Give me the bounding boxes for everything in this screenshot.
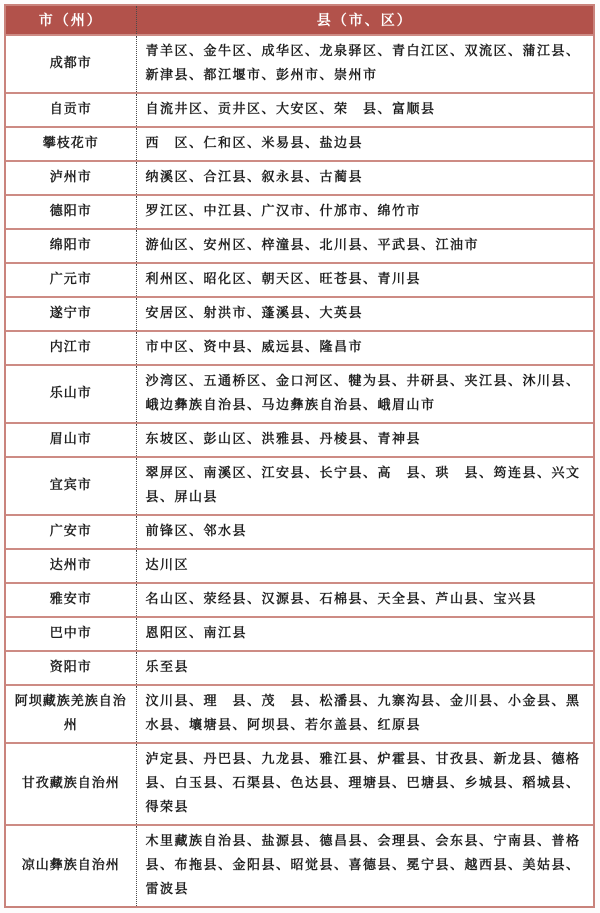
county-cell: 安居区、射洪市、蓬溪县、大英县 (136, 297, 593, 331)
table-row: 自贡市 自流井区、贡井区、大安区、荣 县、富顺县 (6, 93, 593, 127)
county-cell: 利州区、昭化区、朝天区、旺苍县、青川县 (136, 263, 593, 297)
table-row: 甘孜藏族自治州 泸定县、丹巴县、九龙县、雅江县、炉霍县、甘孜县、新龙县、德格县、… (6, 743, 593, 825)
county-cell: 纳溪区、合江县、叙永县、古蔺县 (136, 161, 593, 195)
city-cell: 眉山市 (6, 423, 136, 457)
county-cell: 达川区 (136, 549, 593, 583)
county-cell: 东坡区、彭山区、洪雅县、丹棱县、青神县 (136, 423, 593, 457)
table-row: 达州市 达川区 (6, 549, 593, 583)
table-row: 绵阳市 游仙区、安州区、梓潼县、北川县、平武县、江油市 (6, 229, 593, 263)
table-row: 阿坝藏族羌族自治州 汶川县、理 县、茂 县、松潘县、九寨沟县、金川县、小金县、黑… (6, 685, 593, 743)
city-cell: 资阳市 (6, 651, 136, 685)
table-row: 巴中市 恩阳区、南江县 (6, 617, 593, 651)
table-row: 眉山市 东坡区、彭山区、洪雅县、丹棱县、青神县 (6, 423, 593, 457)
table-header-row: 市（州） 县（市、区） (6, 6, 593, 35)
city-cell: 凉山彝族自治州 (6, 825, 136, 906)
city-cell: 遂宁市 (6, 297, 136, 331)
table-body: 成都市 青羊区、金牛区、成华区、龙泉驿区、青白江区、双流区、蒲江县、新津县、都江… (6, 35, 593, 906)
table-row: 广元市 利州区、昭化区、朝天区、旺苍县、青川县 (6, 263, 593, 297)
county-column-header: 县（市、区） (136, 6, 593, 35)
table-row: 遂宁市 安居区、射洪市、蓬溪县、大英县 (6, 297, 593, 331)
city-cell: 雅安市 (6, 583, 136, 617)
county-cell: 乐至县 (136, 651, 593, 685)
county-cell: 恩阳区、南江县 (136, 617, 593, 651)
table-row: 成都市 青羊区、金牛区、成华区、龙泉驿区、青白江区、双流区、蒲江县、新津县、都江… (6, 35, 593, 93)
county-cell: 名山区、荥经县、汉源县、石棉县、天全县、芦山县、宝兴县 (136, 583, 593, 617)
county-cell: 游仙区、安州区、梓潼县、北川县、平武县、江油市 (136, 229, 593, 263)
county-cell: 自流井区、贡井区、大安区、荣 县、富顺县 (136, 93, 593, 127)
city-cell: 达州市 (6, 549, 136, 583)
table-row: 凉山彝族自治州 木里藏族自治县、盐源县、德昌县、会理县、会东县、宁南县、普格县、… (6, 825, 593, 906)
table-row: 雅安市 名山区、荥经县、汉源县、石棉县、天全县、芦山县、宝兴县 (6, 583, 593, 617)
region-table: 市（州） 县（市、区） 成都市 青羊区、金牛区、成华区、龙泉驿区、青白江区、双流… (6, 6, 593, 906)
table-row: 广安市 前锋区、邻水县 (6, 515, 593, 549)
region-table-container: 市（州） 县（市、区） 成都市 青羊区、金牛区、成华区、龙泉驿区、青白江区、双流… (4, 4, 595, 908)
table-row: 内江市 市中区、资中县、威远县、隆昌市 (6, 331, 593, 365)
city-cell: 成都市 (6, 35, 136, 93)
table-row: 攀枝花市 西 区、仁和区、米易县、盐边县 (6, 127, 593, 161)
city-column-header: 市（州） (6, 6, 136, 35)
county-cell: 西 区、仁和区、米易县、盐边县 (136, 127, 593, 161)
city-cell: 攀枝花市 (6, 127, 136, 161)
city-cell: 内江市 (6, 331, 136, 365)
table-row: 宜宾市 翠屏区、南溪区、江安县、长宁县、高 县、珙 县、筠连县、兴文县、屏山县 (6, 457, 593, 515)
city-cell: 宜宾市 (6, 457, 136, 515)
table-row: 乐山市 沙湾区、五通桥区、金口河区、犍为县、井研县、夹江县、沐川县、峨边彝族自治… (6, 365, 593, 423)
city-cell: 自贡市 (6, 93, 136, 127)
city-cell: 阿坝藏族羌族自治州 (6, 685, 136, 743)
county-cell: 沙湾区、五通桥区、金口河区、犍为县、井研县、夹江县、沐川县、峨边彝族自治县、马边… (136, 365, 593, 423)
city-cell: 广安市 (6, 515, 136, 549)
table-row: 德阳市 罗江区、中江县、广汉市、什邡市、绵竹市 (6, 195, 593, 229)
city-cell: 巴中市 (6, 617, 136, 651)
city-cell: 乐山市 (6, 365, 136, 423)
county-cell: 市中区、资中县、威远县、隆昌市 (136, 331, 593, 365)
county-cell: 青羊区、金牛区、成华区、龙泉驿区、青白江区、双流区、蒲江县、新津县、都江堰市、彭… (136, 35, 593, 93)
county-cell: 泸定县、丹巴县、九龙县、雅江县、炉霍县、甘孜县、新龙县、德格县、白玉县、石渠县、… (136, 743, 593, 825)
city-cell: 泸州市 (6, 161, 136, 195)
county-cell: 木里藏族自治县、盐源县、德昌县、会理县、会东县、宁南县、普格县、布拖县、金阳县、… (136, 825, 593, 906)
city-cell: 德阳市 (6, 195, 136, 229)
city-cell: 广元市 (6, 263, 136, 297)
table-row: 资阳市 乐至县 (6, 651, 593, 685)
county-cell: 前锋区、邻水县 (136, 515, 593, 549)
city-cell: 甘孜藏族自治州 (6, 743, 136, 825)
county-cell: 汶川县、理 县、茂 县、松潘县、九寨沟县、金川县、小金县、黑水县、壤塘县、阿坝县… (136, 685, 593, 743)
county-cell: 罗江区、中江县、广汉市、什邡市、绵竹市 (136, 195, 593, 229)
city-cell: 绵阳市 (6, 229, 136, 263)
county-cell: 翠屏区、南溪区、江安县、长宁县、高 县、珙 县、筠连县、兴文县、屏山县 (136, 457, 593, 515)
table-row: 泸州市 纳溪区、合江县、叙永县、古蔺县 (6, 161, 593, 195)
